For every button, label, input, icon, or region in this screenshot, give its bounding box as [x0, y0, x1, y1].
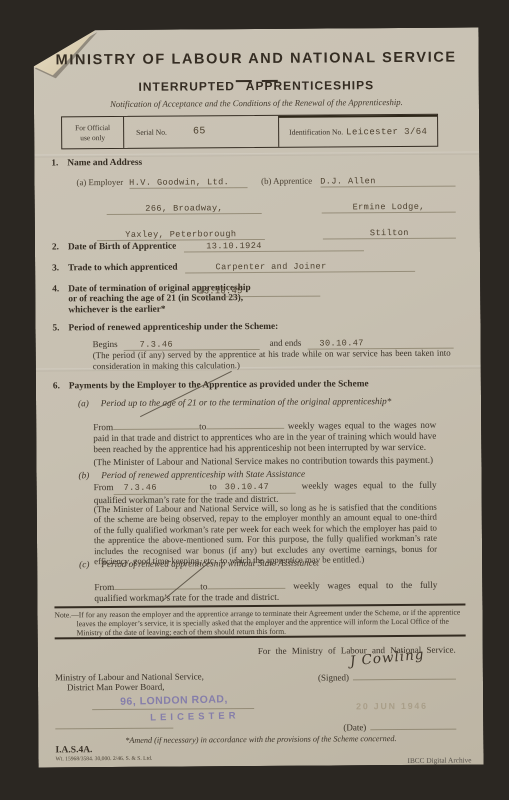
clause-title: Period of renewed apprenticeship with St…	[101, 469, 305, 480]
to-label: to	[200, 581, 207, 591]
ends-label: and ends	[270, 338, 302, 348]
form-title: MINISTRY OF LABOUR AND NATIONAL SERVICE	[34, 49, 479, 68]
trade-value: Carpenter and Joiner	[185, 261, 415, 274]
scan-background: { "header": { "title": "MINISTRY OF LABO…	[0, 0, 509, 800]
form-document: MINISTRY OF LABOUR AND NATIONAL SERVICE …	[33, 27, 483, 767]
section-5-note: (The period (if any) served by the appre…	[93, 348, 451, 372]
employer-name: H.V. Goodwin, Ltd.	[129, 177, 247, 189]
apprentice-address-2: Stilton	[323, 228, 456, 240]
clause-label: (c)	[79, 559, 89, 569]
to-blank	[207, 579, 285, 590]
section-title: Period of renewed apprenticeship under t…	[68, 322, 278, 333]
from-value: 7.3.46	[114, 482, 210, 495]
apprentice-name: D.J. Allen	[320, 176, 455, 188]
form-tagline: Notification of Acceptance and the Condi…	[34, 96, 479, 109]
clause-c-paragraph: Fromto weekly wages equal to the fully q…	[94, 578, 437, 605]
section-number: 4.	[52, 284, 68, 315]
name-address-grid: (a) Employer H.V. Goodwin, Ltd. (b) Appr…	[76, 175, 455, 242]
signed-label: (Signed)	[318, 672, 349, 682]
clause-a-heading: (a) Period up to the age of 21 or to the…	[78, 396, 454, 409]
clause-title: Period up to the age of 21 or to the ter…	[101, 396, 392, 408]
to-blank	[206, 419, 284, 430]
official-use-label: For Official	[75, 123, 110, 133]
identification-value: Leicester 3/64	[346, 126, 427, 137]
apprentice-address-1: Ermine Lodge,	[322, 202, 456, 214]
apprentice-label: (b) Apprentice	[261, 176, 312, 186]
serial-value: 65	[193, 126, 206, 137]
section-number: 5.	[52, 323, 68, 333]
clause-c-heading: (c) Period of renewed apprenticeship wit…	[79, 557, 455, 570]
section-5-heading: 5. Period of renewed apprenticeship unde…	[52, 322, 278, 334]
section-number: 6.	[53, 381, 69, 391]
identification-label: Identification No.	[289, 127, 343, 136]
date-blank	[370, 718, 456, 731]
section-4-line3: whichever is the earlier*	[68, 304, 165, 315]
clause-b-heading: (b) Period of renewed apprenticeship wit…	[79, 468, 455, 481]
clause-title: Period of renewed apprenticeship without…	[101, 558, 319, 570]
identification-cell: Identification No. Leicester 3/64	[279, 115, 437, 147]
employer-address-1: 266, Broadway,	[107, 203, 262, 215]
official-use-cell: For Official use only	[62, 117, 124, 148]
amend-note: *Amend (if necessary) in accordance with…	[38, 733, 483, 745]
signed-row: (Signed)	[318, 668, 456, 683]
employer-label: (a) Employer	[76, 177, 123, 187]
section-title: Payments by the Employer to the Apprenti…	[69, 379, 369, 391]
section-1-heading: 1. Name and Address	[51, 158, 142, 169]
section-title: Trade to which apprenticed	[68, 263, 177, 274]
office-line-1: Ministry of Labour and National Service,	[55, 671, 204, 682]
to-label: to	[210, 481, 217, 491]
official-use-box: For Official use only Serial No. 65 Iden…	[61, 114, 438, 150]
section-number: 3.	[52, 263, 68, 273]
section-number: 2.	[52, 242, 68, 252]
section-title: Name and Address	[67, 158, 142, 169]
signed-blank	[353, 668, 456, 681]
clause-a-note: (The Minister of Labour and National Ser…	[93, 455, 436, 469]
from-blank	[113, 419, 199, 430]
termination-note: Note.—If for any reason the employer and…	[54, 609, 465, 638]
form-code: I.A.S.4A.	[55, 745, 92, 755]
clause-label: (b)	[79, 470, 90, 480]
office-address-blank-1	[92, 692, 254, 710]
serial-label: Serial No.	[136, 128, 167, 137]
date-stamp: 20 JUN 1946	[356, 701, 428, 711]
office-address-blank-2	[55, 712, 173, 730]
print-code: Wt. 15968/3584. 30,000. 2/46. S. & S. Lt…	[56, 756, 153, 763]
serial-cell: Serial No. 65	[124, 116, 279, 148]
date-label: (Date)	[343, 722, 366, 732]
section-title: Date of Birth of Apprentice	[68, 242, 176, 253]
office-address: Ministry of Labour and National Service,…	[55, 671, 204, 692]
paper-crease	[34, 151, 479, 157]
from-label: From	[94, 582, 114, 592]
begins-label: Begins	[93, 339, 118, 349]
strike-line-clause-a	[140, 371, 232, 418]
archive-watermark: IBCC Digital Archive	[407, 756, 471, 765]
clause-a-paragraph: Fromto weekly wages equal to the wages n…	[93, 418, 436, 456]
termination-date-value: 13.10.45	[194, 286, 320, 298]
form-subtitle: INTERRUPTED APPRENTICESHIPS	[34, 77, 479, 94]
date-row: (Date)	[343, 718, 456, 733]
to-value: 30.10.47	[217, 482, 296, 495]
birth-date-value: 13.10.1924	[184, 240, 364, 252]
employer-address-2: Yaxley, Peterborough	[97, 229, 265, 241]
from-label: From	[94, 482, 114, 492]
clause-label: (a)	[78, 398, 89, 408]
section-2: 2. Date of Birth of Apprentice 13.10.192…	[52, 240, 364, 253]
from-label: From	[93, 422, 113, 432]
to-label: to	[199, 421, 206, 431]
section-number: 1.	[51, 158, 67, 168]
section-3: 3. Trade to which apprenticed Carpenter …	[52, 261, 415, 275]
office-line-2: District Man Power Board,	[55, 681, 204, 692]
official-use-label: use only	[80, 133, 105, 143]
